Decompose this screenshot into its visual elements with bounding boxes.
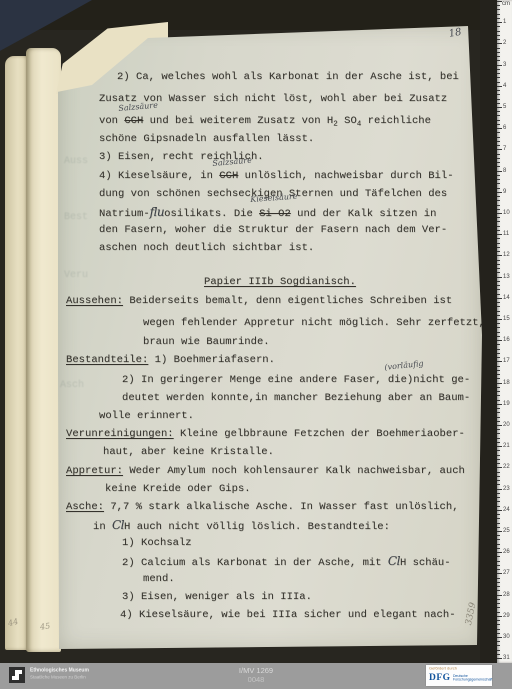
typed-segment: und der Kalk sitzen in [291, 208, 437, 220]
typed-line: deutet werden konnte,in mancher Beziehun… [122, 393, 470, 404]
ruler-minor-tick [497, 344, 500, 345]
ruler-minor-tick [497, 94, 500, 95]
ruler-minor-tick [497, 400, 500, 401]
typed-line: 1) Kochsalz [122, 538, 192, 549]
ruler-minor-tick [497, 205, 500, 206]
measurement-ruler: cm 1234567891011121314151617181920212223… [497, 0, 512, 663]
ruler-minor-tick [497, 353, 500, 354]
ruler-minor-tick [497, 455, 500, 456]
typed-segment: 2) Calcium als Karbonat in der Asche, mi… [122, 557, 388, 569]
typed-line: Verunreinigungen: Kleine gelbbraune Fetz… [66, 429, 465, 440]
ruler-minor-tick [497, 183, 500, 184]
typed-segment: schöne Gipsnadeln ausfallen lässt. [99, 133, 314, 145]
typed-line: mend. [143, 574, 175, 585]
ruler-minor-tick [497, 378, 500, 379]
ruler-minor-tick [497, 336, 500, 337]
ruler-minor-tick [497, 26, 500, 27]
typed-line: 4) Kieselsäure, in CCH unlöslich, nachwe… [99, 171, 454, 182]
ruler-minor-tick [497, 459, 500, 460]
ruler-minor-tick [497, 162, 500, 163]
typed-line: keine Kreide oder Gips. [105, 484, 251, 495]
ruler-tick [497, 255, 502, 256]
ruler-number: 7 [503, 146, 512, 152]
typed-segment: von [99, 115, 124, 127]
typed-segment: Bestandteile: [66, 354, 148, 366]
typed-segment: aschen noch deutlich sichtbar ist. [99, 242, 314, 254]
ruler-tick [497, 192, 502, 193]
ruler-number: 25 [503, 528, 512, 534]
ruler-minor-tick [497, 82, 500, 83]
ruler-minor-tick [497, 243, 500, 244]
ruler-minor-tick [497, 221, 500, 222]
ruler-minor-tick [497, 35, 500, 36]
ruler-minor-tick [497, 315, 500, 316]
hw-salzsaeure-1: Salzsäure [118, 101, 158, 113]
ruler-number: 8 [503, 168, 512, 174]
ruler-number: 13 [503, 274, 512, 280]
ruler-minor-tick [497, 175, 500, 176]
ruler-minor-tick [497, 391, 500, 392]
ruler-number: 3 [503, 62, 512, 68]
ruler-minor-tick [497, 48, 500, 49]
dfg-full-name: Deutsche Forschungsgemeinschaft [453, 674, 492, 682]
ruler-tick [497, 1, 502, 2]
typed-segment: 2) Ca, welches wohl als Karbonat in der … [117, 71, 459, 83]
typed-segment: 1) Boehmeriafasern. [148, 354, 275, 366]
ruler-minor-tick [497, 442, 500, 443]
ruler-tick [497, 552, 502, 553]
typed-segment: osilikats. Die [164, 208, 259, 220]
ruler-tick [497, 531, 502, 532]
hw-vorlaeufig: (vorläufig [384, 359, 424, 372]
ruler-minor-tick [497, 620, 500, 621]
ruler-minor-tick [497, 421, 500, 422]
bleedthrough-text: Auss [64, 156, 88, 167]
ruler-minor-tick [497, 599, 500, 600]
ruler-number: 1 [503, 19, 512, 25]
ruler-minor-tick [497, 582, 500, 583]
ruler-minor-tick [497, 268, 500, 269]
typed-segment: 7,7 % stark alkalische Asche. In Wasser … [104, 501, 459, 513]
ruler-minor-tick [497, 166, 500, 167]
ruler-number: 23 [503, 486, 512, 492]
ruler-minor-tick [497, 18, 500, 19]
book-page-edge-left [5, 56, 28, 650]
hw-kieselsaeure: Kieselsäure [250, 192, 298, 204]
ruler-minor-tick [497, 349, 500, 350]
ruler-minor-tick [497, 556, 500, 557]
typed-line: in ClH auch nicht völlig löslich. Bestan… [93, 520, 390, 533]
ruler-tick [497, 573, 502, 574]
typed-segment: CCH [219, 170, 238, 182]
ruler-number: 9 [503, 189, 512, 195]
ruler-tick [497, 404, 502, 405]
ruler-minor-tick [497, 251, 500, 252]
ruler-minor-tick [497, 603, 500, 604]
ruler-number: 12 [503, 252, 512, 258]
ruler-minor-tick [497, 561, 500, 562]
bleedthrough-text: Best [64, 212, 88, 223]
ruler-number: 15 [503, 316, 512, 322]
ruler-minor-tick [497, 480, 500, 481]
ruler-tick [497, 22, 502, 23]
typed-line: Aussehen: Beiderseits bemalt, denn eigen… [66, 296, 452, 307]
typed-line: Appretur: Weder Amylum noch kohlensaurer… [66, 466, 465, 477]
ruler-minor-tick [497, 463, 500, 464]
typed-segment: Natrium- [99, 208, 150, 220]
ruler-tick [497, 213, 502, 214]
ruler-minor-tick [497, 115, 500, 116]
ruler-minor-tick [497, 539, 500, 540]
ruler-minor-tick [497, 417, 500, 418]
ruler-minor-tick [497, 56, 500, 57]
typed-segment: und bei weiterem Zusatz von H [143, 115, 333, 127]
typed-segment: H auch nicht völlig löslich. Bestandteil… [124, 521, 390, 533]
ruler-tick [497, 446, 502, 447]
ruler-minor-tick [497, 69, 500, 70]
ruler-tick [497, 234, 502, 235]
ruler-minor-tick [497, 476, 500, 477]
typed-segment: den Fasern, woher die Struktur der Faser… [99, 224, 447, 236]
ruler-number: 17 [503, 358, 512, 364]
ruler-number: 4 [503, 83, 512, 89]
ruler-minor-tick [497, 586, 500, 587]
ruler-minor-tick [497, 641, 500, 642]
typed-line: schöne Gipsnadeln ausfallen lässt. [99, 134, 314, 145]
ruler-unit-label: cm [502, 1, 510, 7]
typed-segment: 4) Kieselsäure, wie bei IIIa sicher und … [120, 609, 456, 621]
ruler-minor-tick [497, 111, 500, 112]
ruler-minor-tick [497, 158, 500, 159]
typed-line: wegen fehlender Appretur nicht möglich. … [143, 318, 485, 329]
ruler-number: 10 [503, 210, 512, 216]
ruler-number: 20 [503, 422, 512, 428]
ruler-minor-tick [497, 548, 500, 549]
ruler-minor-tick [497, 132, 500, 133]
ruler-minor-tick [497, 569, 500, 570]
typed-line: wolle erinnert. [99, 411, 194, 422]
ruler-minor-tick [497, 238, 500, 239]
ruler-minor-tick [497, 260, 500, 261]
ruler-minor-tick [497, 565, 500, 566]
ruler-minor-tick [497, 523, 500, 524]
ruler-minor-tick [497, 535, 500, 536]
ruler-minor-tick [497, 103, 500, 104]
ruler-minor-tick [497, 633, 500, 634]
ruler-number: 14 [503, 295, 512, 301]
ruler-minor-tick [497, 578, 500, 579]
funding-label: Gefördert durch [429, 666, 457, 671]
typed-segment: unlöslich, nachweisbar durch Bil- [238, 170, 453, 182]
book-page-edge-inner [26, 48, 61, 652]
ruler-minor-tick [497, 624, 500, 625]
ruler-number: 26 [503, 549, 512, 555]
typed-line: 3) Eisen, weniger als in IIIa. [122, 592, 312, 603]
typed-segment: Cl [388, 554, 400, 568]
viewer-footer: Ethnologisches Museum Staatliche Museen … [0, 663, 512, 689]
ruler-tick [497, 65, 502, 66]
ruler-tick [497, 171, 502, 172]
ruler-minor-tick [497, 514, 500, 515]
ruler-minor-tick [497, 196, 500, 197]
typed-segment: Beiderseits bemalt, denn eigentliches Sc… [123, 295, 452, 307]
ruler-tick [497, 43, 502, 44]
ruler-minor-tick [497, 294, 500, 295]
ruler-minor-tick [497, 497, 500, 498]
ruler-tick [497, 340, 502, 341]
bleedthrough-text: Veru [64, 270, 88, 281]
ruler-minor-tick [497, 188, 500, 189]
ruler-minor-tick [497, 607, 500, 608]
ruler-minor-tick [497, 60, 500, 61]
ruler-minor-tick [497, 501, 500, 502]
ruler-number: 30 [503, 634, 512, 640]
typed-segment: 3) Eisen, weniger als in IIIa. [122, 591, 312, 603]
ruler-minor-tick [497, 374, 500, 375]
ruler-number: 11 [503, 231, 512, 237]
ruler-minor-tick [497, 226, 500, 227]
typed-line: 2) Calcium als Karbonat in der Asche, mi… [122, 556, 451, 569]
typed-line: Natrium-fluosilikats. Die Si O2 und der … [99, 207, 436, 220]
ruler-minor-tick [497, 52, 500, 53]
typed-segment: mend. [143, 573, 175, 585]
typed-line: braun wie Baumrinde. [143, 337, 270, 348]
typed-segment: keine Kreide oder Gips. [105, 483, 251, 495]
ruler-tick [497, 467, 502, 468]
ruler-minor-tick [497, 5, 500, 6]
ruler-tick [497, 298, 502, 299]
ruler-minor-tick [497, 438, 500, 439]
ruler-minor-tick [497, 527, 500, 528]
typed-line: den Fasern, woher die Struktur der Faser… [99, 225, 447, 236]
typed-segment: SO [338, 115, 357, 127]
typed-segment: Cl [112, 518, 124, 532]
ruler-minor-tick [497, 370, 500, 371]
ruler-number: 21 [503, 443, 512, 449]
ruler-tick [497, 425, 502, 426]
ruler-minor-tick [497, 124, 500, 125]
ruler-minor-tick [497, 484, 500, 485]
ruler-minor-tick [497, 306, 500, 307]
dfg-logo: Gefördert durch DFG Deutsche Forschungsg… [426, 665, 492, 686]
ruler-minor-tick [497, 366, 500, 367]
ruler-tick [497, 510, 502, 511]
hw-salzsaeure-2: Salzsäure [212, 156, 252, 168]
typed-segment: 4) Kieselsäure, in [99, 170, 219, 182]
ruler-number: 19 [503, 401, 512, 407]
ruler-tick [497, 489, 502, 490]
typed-segment: Si O2 [259, 208, 291, 220]
ruler-minor-tick [497, 289, 500, 290]
ruler-minor-tick [497, 395, 500, 396]
typed-segment: 1) Kochsalz [122, 537, 192, 549]
ruler-minor-tick [497, 247, 500, 248]
typed-segment: Aussehen: [66, 295, 123, 307]
typed-segment: flu [150, 205, 165, 219]
ruler-number: 27 [503, 570, 512, 576]
typed-segment: haut, aber keine Kristalle. [103, 446, 274, 458]
ruler-minor-tick [497, 137, 500, 138]
ruler-minor-tick [497, 264, 500, 265]
ruler-minor-tick [497, 90, 500, 91]
ruler-tick [497, 128, 502, 129]
ruler-minor-tick [497, 217, 500, 218]
ruler-tick [497, 361, 502, 362]
ruler-minor-tick [497, 518, 500, 519]
ruler-minor-tick [497, 14, 500, 15]
scan-image: 4445 AussBestVeruAsch2) Ca, welches wohl… [0, 0, 512, 689]
ruler-minor-tick [497, 612, 500, 613]
typed-line: 4) Kieselsäure, wie bei IIIa sicher und … [120, 610, 456, 621]
ruler-minor-tick [497, 154, 500, 155]
pencil-3359: 3359 [464, 602, 479, 626]
ruler-minor-tick [497, 450, 500, 451]
ruler-minor-tick [497, 285, 500, 286]
ruler-minor-tick [497, 387, 500, 388]
ruler-minor-tick [497, 39, 500, 40]
ruler-minor-tick [497, 323, 500, 324]
typed-segment: Kleine gelbbraune Fetzchen der Boehmeria… [174, 428, 465, 440]
ruler-minor-tick [497, 433, 500, 434]
ruler-tick [497, 277, 502, 278]
hw-page-number: 18 [448, 27, 462, 40]
ruler-number: 24 [503, 507, 512, 513]
ruler-number: 2 [503, 40, 512, 46]
ruler-minor-tick [497, 472, 500, 473]
ruler-minor-tick [497, 145, 500, 146]
ruler-minor-tick [497, 302, 500, 303]
ruler-number: 6 [503, 125, 512, 131]
ruler-minor-tick [497, 408, 500, 409]
ruler-tick [497, 616, 502, 617]
ruler-minor-tick [497, 311, 500, 312]
ruler-minor-tick [497, 493, 500, 494]
ruler-tick [497, 595, 502, 596]
ruler-number: 31 [503, 655, 512, 661]
typed-line: 2) In geringerer Menge eine andere Faser… [122, 375, 470, 386]
ruler-tick [497, 637, 502, 638]
pencil-45: 45 [39, 621, 50, 631]
typed-segment: deutet werden konnte,in mancher Beziehun… [122, 392, 470, 404]
ruler-number: 18 [503, 380, 512, 386]
ruler-minor-tick [497, 141, 500, 142]
dfg-acronym: DFG [429, 673, 451, 683]
typed-segment: CCH [124, 115, 143, 127]
bleedthrough-text: Asch [60, 380, 84, 391]
ruler-tick [497, 149, 502, 150]
ruler-minor-tick [497, 357, 500, 358]
typed-line: Papier IIIb Sogdianisch. [204, 277, 356, 288]
ruler-minor-tick [497, 31, 500, 32]
ruler-minor-tick [497, 645, 500, 646]
ruler-minor-tick [497, 412, 500, 413]
typed-segment: in [93, 521, 112, 533]
typed-line: haut, aber keine Kristalle. [103, 447, 274, 458]
ruler-minor-tick [497, 120, 500, 121]
ruler-minor-tick [497, 230, 500, 231]
typed-segment: braun wie Baumrinde. [143, 336, 270, 348]
ruler-minor-tick [497, 429, 500, 430]
ruler-number: 28 [503, 592, 512, 598]
ruler-minor-tick [497, 590, 500, 591]
typed-line: Bestandteile: 1) Boehmeriafasern. [66, 355, 275, 366]
typed-segment: Asche: [66, 501, 104, 513]
ruler-tick [497, 107, 502, 108]
typed-segment: wolle erinnert. [99, 410, 194, 422]
ruler-minor-tick [497, 209, 500, 210]
ruler-minor-tick [497, 179, 500, 180]
ruler-minor-tick [497, 9, 500, 10]
ruler-minor-tick [497, 650, 500, 651]
ruler-number: 29 [503, 613, 512, 619]
typed-line: 2) Ca, welches wohl als Karbonat in der … [117, 72, 459, 83]
typed-segment: Appretur: [66, 465, 123, 477]
typed-segment: Verunreinigungen: [66, 428, 174, 440]
ruler-minor-tick [497, 654, 500, 655]
ruler-minor-tick [497, 544, 500, 545]
ruler-tick [497, 319, 502, 320]
ruler-minor-tick [497, 272, 500, 273]
ruler-minor-tick [497, 506, 500, 507]
ruler-minor-tick [497, 281, 500, 282]
ruler-minor-tick [497, 327, 500, 328]
ruler-minor-tick [497, 77, 500, 78]
ruler-minor-tick [497, 629, 500, 630]
typed-line: Asche: 7,7 % stark alkalische Asche. In … [66, 502, 459, 513]
typed-line: aschen noch deutlich sichtbar ist. [99, 243, 314, 254]
ruler-number: 16 [503, 337, 512, 343]
ruler-minor-tick [497, 332, 500, 333]
typed-segment: 2) In geringerer Menge eine andere Faser… [122, 374, 470, 386]
typed-segment: reichliche [361, 115, 431, 127]
typed-line: von CCH und bei weiterem Zusatz von H2 S… [99, 116, 431, 131]
typed-segment: Weder Amylum noch kohlensaurer Kalk nach… [123, 465, 465, 477]
typed-segment: Papier IIIb Sogdianisch. [204, 276, 356, 288]
ruler-tick [497, 658, 502, 659]
ruler-minor-tick [497, 73, 500, 74]
typed-segment: wegen fehlender Appretur nicht möglich. … [143, 317, 485, 329]
ruler-minor-tick [497, 99, 500, 100]
ruler-number: 22 [503, 464, 512, 470]
ruler-number: 5 [503, 104, 512, 110]
ruler-minor-tick [497, 200, 500, 201]
dfg-name-line2: Forschungsgemeinschaft [453, 678, 492, 682]
ruler-tick [497, 86, 502, 87]
document-page: AussBestVeruAsch2) Ca, welches wohl als … [58, 24, 483, 650]
typed-segment: H schäu- [400, 557, 451, 569]
ruler-tick [497, 383, 502, 384]
